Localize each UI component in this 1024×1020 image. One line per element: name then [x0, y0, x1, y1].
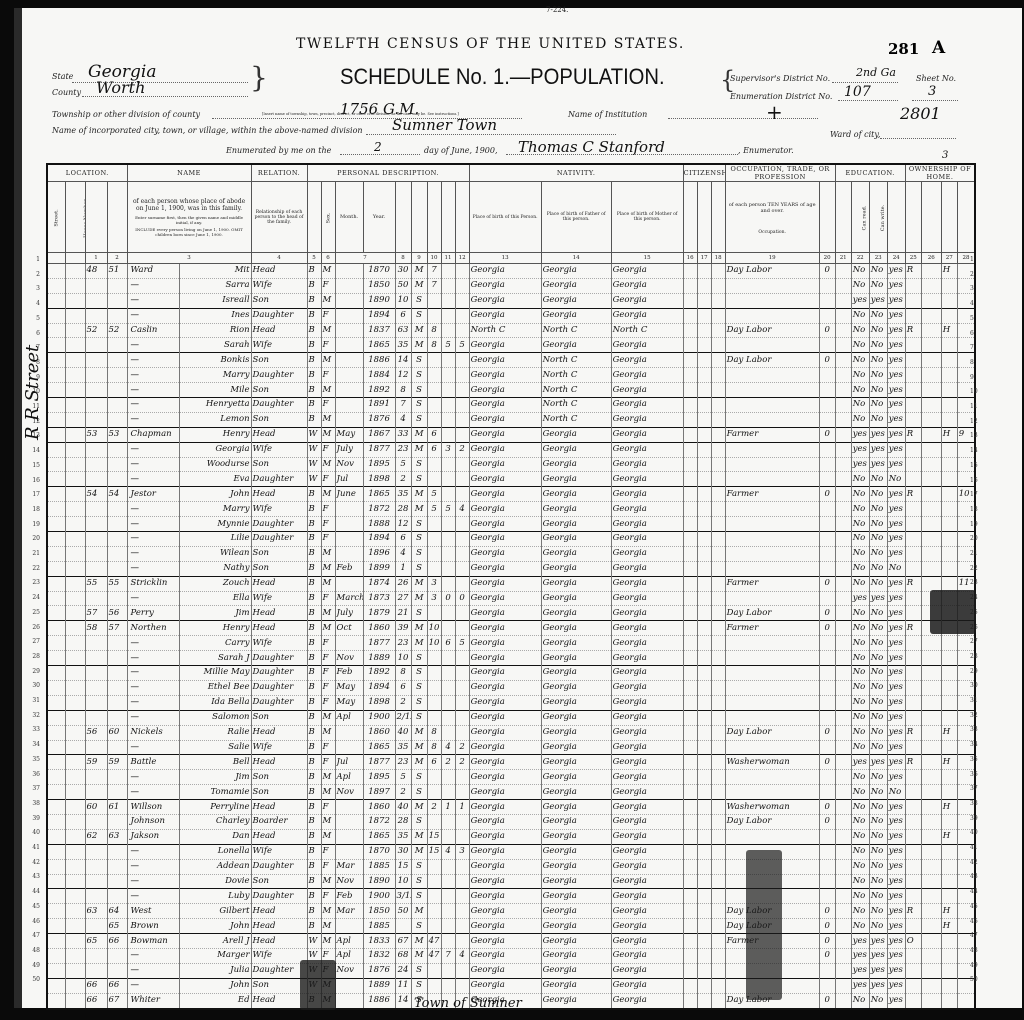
- cell-mother-of: [441, 383, 455, 398]
- cell-mother-birthplace: Georgia: [611, 338, 683, 353]
- cell-children-living: [455, 606, 469, 621]
- cell-children-living: [455, 412, 469, 427]
- cell-can-write: No: [869, 502, 887, 517]
- cell-house: [65, 800, 85, 815]
- cell-street: [47, 353, 65, 368]
- cell-years-married: [427, 666, 441, 681]
- cell-attended-school: [835, 710, 851, 725]
- cell-years-in-us: [697, 710, 711, 725]
- cell-years-married: 8: [427, 338, 441, 353]
- cell-mother-birthplace: Georgia: [611, 740, 683, 755]
- cell-marital-status: S: [411, 785, 427, 800]
- cell-birth-month: Nov: [335, 963, 363, 978]
- cell-mother-of: 1: [441, 800, 455, 815]
- cell-dwelling: [85, 398, 107, 413]
- cell-birth-month: Oct: [335, 621, 363, 636]
- cell-owned-rented: [905, 383, 921, 398]
- cell-speaks-english: yes: [887, 710, 905, 725]
- cell-months-unemployed: [819, 695, 835, 710]
- cell-immigration-year: [683, 368, 697, 383]
- cell-months-unemployed: [819, 338, 835, 353]
- cell-street: [47, 948, 65, 963]
- cell-can-write: No: [869, 576, 887, 591]
- cell-surname: —: [127, 636, 179, 651]
- cell-immigration-year: [683, 264, 697, 279]
- cell-house: [65, 740, 85, 755]
- cell-given-name: Ethel Bee: [179, 680, 251, 695]
- cell-children-living: 3: [455, 844, 469, 859]
- cell-dwelling: [85, 844, 107, 859]
- cell-age: 28: [395, 502, 411, 517]
- cell-father-birthplace: Georgia: [541, 948, 611, 963]
- cell-street: [47, 368, 65, 383]
- cell-years-in-us: [697, 293, 711, 308]
- cell-attended-school: [835, 695, 851, 710]
- cell-father-birthplace: North C: [541, 412, 611, 427]
- cell-mother-birthplace: Georgia: [611, 651, 683, 666]
- cell-occupation: [725, 829, 819, 844]
- cell-naturalization: [711, 591, 725, 606]
- cell-children-living: [455, 889, 469, 904]
- cell-color: B: [307, 844, 321, 859]
- cell-relation: Daughter: [251, 517, 307, 532]
- cell-house: [65, 814, 85, 829]
- cell-can-read: No: [851, 621, 869, 636]
- cell-mother-of: [441, 264, 455, 279]
- cell-birth-year: 1884: [363, 368, 395, 383]
- cell-children-living: 5: [455, 636, 469, 651]
- table-row: —LemonSonBM18764SGeorgiaNorth CGeorgiaNo…: [47, 412, 975, 427]
- cell-attended-school: [835, 278, 851, 293]
- cell-attended-school: [835, 651, 851, 666]
- cell-occupation: [725, 710, 819, 725]
- cell-can-write: No: [869, 829, 887, 844]
- cell-can-read: No: [851, 993, 869, 1008]
- col-house-number: House Number.: [65, 182, 85, 253]
- cell-speaks-english: yes: [887, 338, 905, 353]
- cell-immigration-year: [683, 934, 697, 949]
- cell-farm-house: [941, 948, 957, 963]
- education-header: EDUCATION.: [835, 164, 905, 182]
- cell-can-write: No: [869, 353, 887, 368]
- line-number: 1: [970, 256, 974, 263]
- cell-surname: Caslin: [127, 323, 179, 338]
- cell-age: 30: [395, 844, 411, 859]
- cell-years-in-us: [697, 829, 711, 844]
- cell-surname: Chapman: [127, 427, 179, 442]
- cell-marital-status: M: [411, 755, 427, 770]
- cell-birth-year: 1877: [363, 442, 395, 457]
- census-title: TWELFTH CENSUS OF THE UNITED STATES.: [296, 36, 685, 52]
- cell-children-living: [455, 785, 469, 800]
- cell-farm-house: [941, 859, 957, 874]
- column-number-row: 12 3 4 56 7 89101112 131415 161718 1920 …: [47, 253, 975, 264]
- cell-birthplace: Georgia: [469, 606, 541, 621]
- cell-can-read: No: [851, 487, 869, 502]
- cell-years-married: 8: [427, 740, 441, 755]
- cell-color: B: [307, 919, 321, 934]
- cell-family: [107, 948, 127, 963]
- line-number: 39: [970, 815, 978, 822]
- cell-sex: F: [321, 472, 335, 487]
- enumerator-label: , Enumerator.: [738, 146, 794, 155]
- cell-speaks-english: yes: [887, 532, 905, 547]
- cell-occupation: Day Labor: [725, 353, 819, 368]
- cell-months-unemployed: 0: [819, 948, 835, 963]
- ed-label: Enumeration District No.: [730, 92, 832, 101]
- cell-years-in-us: [697, 725, 711, 740]
- col-months-unemployed: Months not employed.: [819, 182, 835, 253]
- cell-years-married: [427, 859, 441, 874]
- cell-farm-house: [941, 442, 957, 457]
- cell-age: 4: [395, 412, 411, 427]
- cell-street: [47, 874, 65, 889]
- cell-farm-house: [941, 457, 957, 472]
- cell-surname: Bowman: [127, 934, 179, 949]
- cell-house: [65, 606, 85, 621]
- cell-can-read: No: [851, 308, 869, 323]
- table-row: JohnsonCharleyBoarderBM187228SGeorgiaGeo…: [47, 814, 975, 829]
- cell-occupation: Farmer: [725, 621, 819, 636]
- cell-birth-year: 1876: [363, 963, 395, 978]
- cell-attended-school: [835, 427, 851, 442]
- cell-given-name: Zouch: [179, 576, 251, 591]
- cell-years-in-us: [697, 532, 711, 547]
- cell-birth-month: [335, 368, 363, 383]
- cell-color: B: [307, 368, 321, 383]
- cell-farm-house: [941, 368, 957, 383]
- cell-mother-birthplace: Georgia: [611, 919, 683, 934]
- cell-owned-rented: [905, 398, 921, 413]
- table-row: 5454JestorJohnHeadBMJune186535M5GeorgiaG…: [47, 487, 975, 502]
- cell-immigration-year: [683, 502, 697, 517]
- cell-house: [65, 293, 85, 308]
- cell-given-name: Jim: [179, 770, 251, 785]
- cell-speaks-english: yes: [887, 725, 905, 740]
- cell-months-unemployed: [819, 517, 835, 532]
- line-number: 5: [970, 315, 974, 322]
- cell-attended-school: [835, 308, 851, 323]
- cell-owned-rented: R: [905, 725, 921, 740]
- cell-children-living: [455, 323, 469, 338]
- enumerated-day: 2: [374, 140, 382, 154]
- cell-given-name: Bonkis: [179, 353, 251, 368]
- table-row: 6364WestGilbertHeadBMMar185050MGeorgiaGe…: [47, 904, 975, 919]
- cell-birthplace: Georgia: [469, 398, 541, 413]
- cell-street: [47, 800, 65, 815]
- cell-mother-of: [441, 561, 455, 576]
- cell-given-name: Julia: [179, 963, 251, 978]
- table-row: —WoodurseSonWMNov18955SGeorgiaGeorgiaGeo…: [47, 457, 975, 472]
- cell-marital-status: S: [411, 457, 427, 472]
- cell-immigration-year: [683, 338, 697, 353]
- cell-relation: Wife: [251, 844, 307, 859]
- cell-father-birthplace: Georgia: [541, 457, 611, 472]
- cell-birthplace: Georgia: [469, 383, 541, 398]
- cell-farm-house: [941, 978, 957, 993]
- cell-sex: M: [321, 919, 335, 934]
- cell-children-living: [455, 621, 469, 636]
- col-name-desc: of each person whose place of abode on J…: [127, 182, 251, 253]
- cell-naturalization: [711, 636, 725, 651]
- cell-free-mortgaged: [921, 502, 941, 517]
- census-rows: 4851WardMitHeadBM187030M7GeorgiaGeorgiaG…: [47, 264, 975, 1009]
- cell-given-name: Ella: [179, 591, 251, 606]
- cell-marital-status: M: [411, 338, 427, 353]
- cell-house: [65, 621, 85, 636]
- table-row: 5353ChapmanHenryHeadWMMay186733M6Georgia…: [47, 427, 975, 442]
- cell-birth-month: [335, 844, 363, 859]
- col-years-married: Number of years married.: [427, 182, 441, 253]
- cell-naturalization: [711, 472, 725, 487]
- cell-age: 2: [395, 785, 411, 800]
- cell-color: B: [307, 755, 321, 770]
- cell-father-birthplace: Georgia: [541, 278, 611, 293]
- line-number: 21: [970, 550, 978, 557]
- line-number: 16: [970, 477, 978, 484]
- cell-children-living: 2: [455, 755, 469, 770]
- cell-naturalization: [711, 561, 725, 576]
- cell-birth-month: [335, 532, 363, 547]
- cell-father-birthplace: Georgia: [541, 502, 611, 517]
- cell-family: [107, 785, 127, 800]
- cell-marital-status: M: [411, 487, 427, 502]
- line-number: 42: [28, 859, 40, 866]
- cell-mother-of: [441, 874, 455, 889]
- cell-years-in-us: [697, 517, 711, 532]
- cell-occupation: [725, 457, 819, 472]
- cell-years-in-us: [697, 978, 711, 993]
- cell-speaks-english: yes: [887, 546, 905, 561]
- cell-years-in-us: [697, 636, 711, 651]
- cell-attended-school: [835, 457, 851, 472]
- cell-age: 5: [395, 770, 411, 785]
- cell-years-in-us: [697, 546, 711, 561]
- line-number: 19: [970, 521, 978, 528]
- line-number: 26: [28, 624, 40, 631]
- cell-farm-house: [941, 576, 957, 591]
- cell-farm-house: [941, 770, 957, 785]
- cell-children-living: [455, 293, 469, 308]
- cell-surname: —: [127, 710, 179, 725]
- cell-color: W: [307, 934, 321, 949]
- line-number: 28: [970, 653, 978, 660]
- cell-can-read: No: [851, 561, 869, 576]
- cell-months-unemployed: [819, 472, 835, 487]
- cell-given-name: Henryetta: [179, 398, 251, 413]
- cell-dwelling: [85, 472, 107, 487]
- line-number: 23: [970, 579, 978, 586]
- cell-attended-school: [835, 800, 851, 815]
- cell-children-living: [455, 487, 469, 502]
- cell-months-unemployed: 0: [819, 934, 835, 949]
- cell-naturalization: [711, 532, 725, 547]
- cell-birth-year: 1890: [363, 293, 395, 308]
- ownership-header: OWNERSHIP OF HOME.: [905, 164, 975, 182]
- cell-owned-rented: [905, 963, 921, 978]
- cell-attended-school: [835, 606, 851, 621]
- cell-birthplace: Georgia: [469, 427, 541, 442]
- cell-can-read: No: [851, 517, 869, 532]
- cell-children-living: 5: [455, 338, 469, 353]
- line-number: 22: [28, 565, 40, 572]
- cell-birth-month: [335, 829, 363, 844]
- cell-marital-status: M: [411, 934, 427, 949]
- cell-can-read: No: [851, 874, 869, 889]
- col-age: Age at last birthday.: [395, 182, 411, 253]
- cell-sex: M: [321, 412, 335, 427]
- cell-owned-rented: R: [905, 576, 921, 591]
- table-row: 5857NorthenHenryHeadBMOct186039M10Georgi…: [47, 621, 975, 636]
- cell-naturalization: [711, 546, 725, 561]
- cell-children-living: [455, 532, 469, 547]
- line-number: 6: [28, 330, 40, 337]
- cell-attended-school: [835, 532, 851, 547]
- cell-relation: Wife: [251, 338, 307, 353]
- cell-surname: —: [127, 740, 179, 755]
- cell-age: 8: [395, 383, 411, 398]
- cell-immigration-year: [683, 532, 697, 547]
- cell-naturalization: [711, 785, 725, 800]
- cell-birth-year: 1874: [363, 576, 395, 591]
- cell-farm-house: [941, 561, 957, 576]
- cell-farm-house: [941, 963, 957, 978]
- cell-relation: Wife: [251, 636, 307, 651]
- cell-can-write: No: [869, 264, 887, 279]
- cell-age: 14: [395, 353, 411, 368]
- cell-years-in-us: [697, 576, 711, 591]
- cell-relation: Head: [251, 621, 307, 636]
- line-number: 45: [28, 903, 40, 910]
- cell-free-mortgaged: [921, 666, 941, 681]
- cell-speaks-english: yes: [887, 606, 905, 621]
- cell-occupation: [725, 442, 819, 457]
- cell-age: 2: [395, 472, 411, 487]
- cell-birth-year: 1850: [363, 278, 395, 293]
- cell-birth-year: 1867: [363, 427, 395, 442]
- cell-given-name: Dan: [179, 829, 251, 844]
- cell-street: [47, 487, 65, 502]
- cell-immigration-year: [683, 948, 697, 963]
- cell-naturalization: [711, 710, 725, 725]
- cell-can-write: No: [869, 636, 887, 651]
- cell-relation: Head: [251, 904, 307, 919]
- cell-father-birthplace: North C: [541, 353, 611, 368]
- cell-street: [47, 889, 65, 904]
- cell-birth-month: Nov: [335, 651, 363, 666]
- cell-birth-month: Jul: [335, 755, 363, 770]
- cell-free-mortgaged: [921, 978, 941, 993]
- location-header: LOCATION.: [47, 164, 127, 182]
- cell-relation: Boarder: [251, 814, 307, 829]
- cell-speaks-english: No: [887, 561, 905, 576]
- table-row: —JimSonBMApl18955SGeorgiaGeorgiaGeorgiaN…: [47, 770, 975, 785]
- cell-years-in-us: [697, 502, 711, 517]
- cell-years-married: [427, 383, 441, 398]
- cell-marital-status: M: [411, 800, 427, 815]
- cell-months-unemployed: 0: [819, 725, 835, 740]
- col-dwelling: Number of dwelling-house, in the order o…: [85, 182, 107, 253]
- cell-birthplace: Georgia: [469, 532, 541, 547]
- cell-marital-status: S: [411, 308, 427, 323]
- ink-smudge: [930, 590, 976, 634]
- cell-dwelling: 58: [85, 621, 107, 636]
- cell-children-living: [455, 978, 469, 993]
- cell-mother-birthplace: Georgia: [611, 398, 683, 413]
- cell-birthplace: Georgia: [469, 844, 541, 859]
- cell-owned-rented: R: [905, 904, 921, 919]
- cell-children-living: [455, 308, 469, 323]
- cell-marital-status: M: [411, 427, 427, 442]
- cell-naturalization: [711, 487, 725, 502]
- cell-birth-month: [335, 383, 363, 398]
- cell-relation: Daughter: [251, 308, 307, 323]
- cell-dwelling: [85, 695, 107, 710]
- cell-birthplace: Georgia: [469, 755, 541, 770]
- cell-birth-month: Jul: [335, 472, 363, 487]
- ink-smudge: [300, 960, 336, 1010]
- cell-speaks-english: yes: [887, 978, 905, 993]
- cell-marital-status: S: [411, 383, 427, 398]
- cell-months-unemployed: [819, 293, 835, 308]
- cell-birthplace: Georgia: [469, 725, 541, 740]
- cell-speaks-english: yes: [887, 323, 905, 338]
- cell-color: B: [307, 606, 321, 621]
- cell-street: [47, 829, 65, 844]
- cell-birth-year: 1890: [363, 874, 395, 889]
- cell-mother-of: 5: [441, 338, 455, 353]
- cell-house: [65, 383, 85, 398]
- cell-surname: West: [127, 904, 179, 919]
- cell-age: 40: [395, 800, 411, 815]
- cell-color: B: [307, 651, 321, 666]
- cell-family: [107, 740, 127, 755]
- cell-house: [65, 844, 85, 859]
- cell-mother-birthplace: Georgia: [611, 695, 683, 710]
- cell-naturalization: [711, 457, 725, 472]
- cell-sex: M: [321, 814, 335, 829]
- cell-relation: Daughter: [251, 398, 307, 413]
- table-row: —WileanSonBM18964SGeorgiaGeorgiaGeorgiaN…: [47, 546, 975, 561]
- cell-house: [65, 829, 85, 844]
- cell-father-birthplace: Georgia: [541, 904, 611, 919]
- cell-birth-year: 1870: [363, 844, 395, 859]
- cell-years-in-us: [697, 844, 711, 859]
- cell-can-read: No: [851, 383, 869, 398]
- cell-family: [107, 502, 127, 517]
- cell-birth-month: Feb: [335, 889, 363, 904]
- cell-relation: Daughter: [251, 859, 307, 874]
- cell-dwelling: [85, 502, 107, 517]
- cell-sex: F: [321, 502, 335, 517]
- cell-birthplace: North C: [469, 323, 541, 338]
- cell-birth-month: Mar: [335, 904, 363, 919]
- cell-color: B: [307, 785, 321, 800]
- cell-marital-status: S: [411, 770, 427, 785]
- cell-occupation: [725, 398, 819, 413]
- cell-owned-rented: [905, 293, 921, 308]
- cell-farm-house: [941, 472, 957, 487]
- cell-family: 51: [107, 264, 127, 279]
- cell-years-in-us: [697, 993, 711, 1008]
- cell-street: [47, 666, 65, 681]
- cell-birthplace: Georgia: [469, 308, 541, 323]
- cell-family: [107, 651, 127, 666]
- cell-years-in-us: [697, 457, 711, 472]
- cell-occupation: Day Labor: [725, 323, 819, 338]
- cell-farm-house: [941, 874, 957, 889]
- cell-attended-school: [835, 874, 851, 889]
